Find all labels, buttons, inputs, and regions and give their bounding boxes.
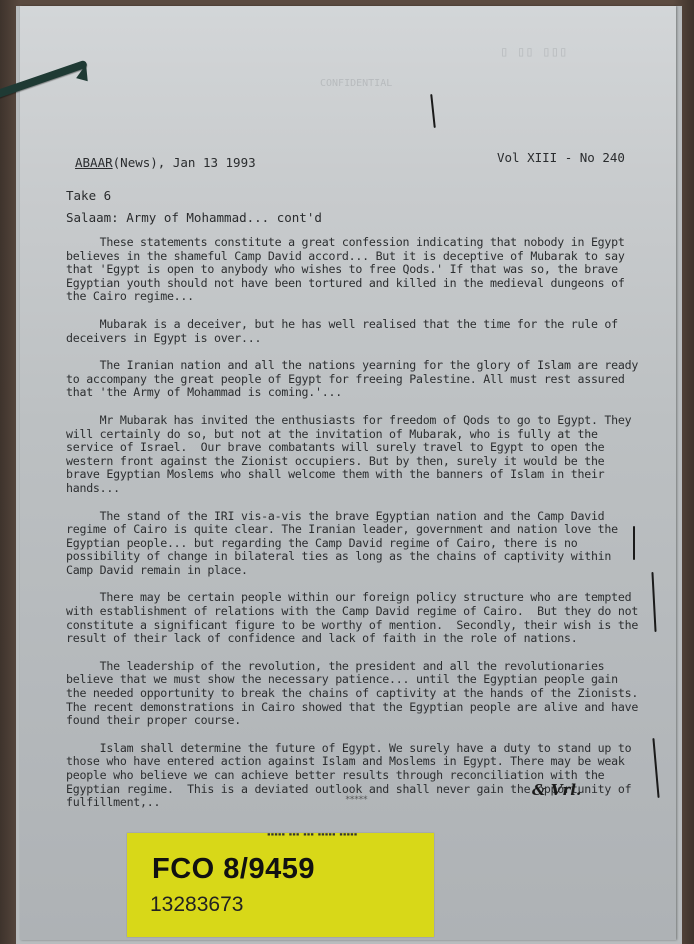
archive-reference: FCO 8/9459 <box>152 853 315 886</box>
handwritten-initials: & Vrl. <box>532 781 581 799</box>
paragraph: The Iranian nation and all the nations y… <box>66 359 651 400</box>
archive-reference-label: ▪▪▪▪▪ ▪▪▪ ▪▪▪ ▪▪▪▪▪ ▪▪▪▪▪ FCO 8/9459 132… <box>127 833 434 937</box>
bleed-through-stamp: ▯ ▯▯ ▯▯▯ <box>500 44 567 60</box>
bleed-through-text: CONFIDENTIAL <box>320 78 392 89</box>
paragraph: The leadership of the revolution, the pr… <box>66 660 651 728</box>
paragraph: There may be certain people within our f… <box>66 591 651 645</box>
article-subtitle: Salaam: Army of Mohammad... cont'd <box>66 210 322 225</box>
paragraph: These statements constitute a great conf… <box>66 236 651 304</box>
end-marker: ***** <box>345 795 367 805</box>
source-line: ABAAR(News), Jan 13 1993 <box>75 155 256 170</box>
volume-number: Vol XIII - No 240 <box>497 150 625 165</box>
source-date: (News), Jan 13 1993 <box>113 155 256 170</box>
paragraph: Mr Mubarak has invited the enthusiasts f… <box>66 414 651 496</box>
label-print-strip: ▪▪▪▪▪ ▪▪▪ ▪▪▪ ▪▪▪▪▪ ▪▪▪▪▪ <box>267 831 357 838</box>
archive-number: 13283673 <box>150 893 243 917</box>
take-number: Take 6 <box>66 188 111 203</box>
source-name: ABAAR <box>75 155 113 170</box>
paragraph: Mubarak is a deceiver, but he has well r… <box>66 318 651 345</box>
paragraph: The stand of the IRI vis-a-vis the brave… <box>66 510 651 578</box>
article-body: These statements constitute a great conf… <box>66 236 651 824</box>
